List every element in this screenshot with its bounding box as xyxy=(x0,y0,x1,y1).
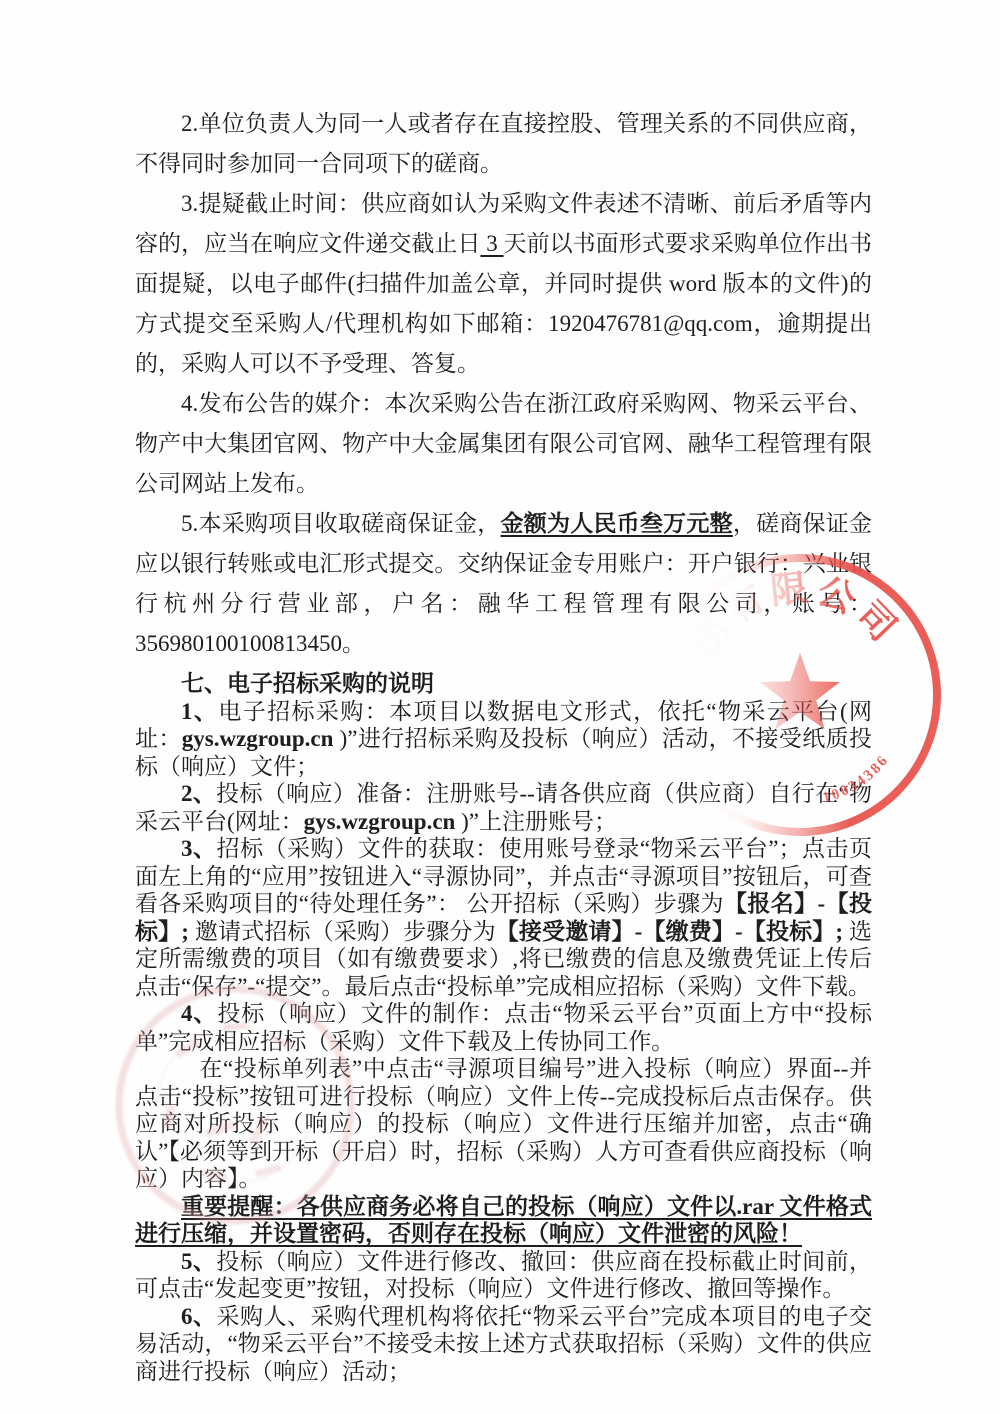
text-segment: 3 xyxy=(480,231,503,256)
item-3: 3、招标（采购）文件的获取：使用账号登录“物采云平台”；点击页面左上角的“应用”… xyxy=(135,835,872,1000)
text-segment: 5、 xyxy=(181,1249,216,1274)
clause-3: 3.提疑截止时间：供应商如认为采购文件表述不清晰、前后矛盾等内容的，应当在响应文… xyxy=(135,184,872,384)
text-segment: 邀请式招标（采购）步骤分为 xyxy=(189,919,496,944)
clause-4: 4.发布公告的媒介：本次采购公告在浙江政府采购网、物采云平台、物产中大集团官网、… xyxy=(135,384,872,504)
text-segment: )”上注册账号； xyxy=(455,809,617,834)
text-segment: 金额为人民币叁万元整 xyxy=(501,511,733,536)
section-7-heading: 七、电子招标采购的说明 xyxy=(135,670,872,698)
text-segment: 4.发布公告的媒介：本次采购公告在浙江政府采购网、物采云平台、物产中大集团官网、… xyxy=(135,391,872,496)
text-segment: 七、电子招标采购的说明 xyxy=(181,671,434,696)
item-4: 4、投标（响应）文件的制作：点击“物采云平台”页面上方中“投标单”完成相应招标（… xyxy=(135,1000,872,1055)
text-segment: 重要提醒：各供应商务必将自己的投标（响应）文件以.rar 文件格式进行压缩，并设… xyxy=(135,1194,872,1247)
item-5: 5、投标（响应）文件进行修改、撤回：供应商在投标截止时间前，可点击“发起变更”按… xyxy=(135,1248,872,1303)
text-segment: 在“投标单列表”中点击“寻源项目编号”进入投标（响应）界面--并点击“投标”按钮… xyxy=(135,1056,872,1191)
text-segment: 【接受邀请】-【缴费】-【投标】; xyxy=(496,919,843,944)
text-segment: 采购人、采购代理机构将依托“物采云平台”完成本项目的电子交易活动，“物采云平台”… xyxy=(135,1304,872,1384)
item-1: 1、电子招标采购：本项目以数据电文形式，依托“物采云平台(网址：gys.wzgr… xyxy=(135,698,872,781)
clause-2: 2.单位负责人为同一人或者存在直接控股、管理关系的不同供应商，不得同时参加同一合… xyxy=(135,104,872,184)
item-4-continued: 在“投标单列表”中点击“寻源项目编号”进入投标（响应）界面--并点击“投标”按钮… xyxy=(135,1055,872,1193)
text-segment: 4、 xyxy=(181,1001,217,1026)
text-segment: 投标（响应）文件的制作：点击“物采云平台”页面上方中“投标单”完成相应招标（采购… xyxy=(135,1001,872,1054)
document-body: 2.单位负责人为同一人或者存在直接控股、管理关系的不同供应商，不得同时参加同一合… xyxy=(135,104,872,1385)
text-segment: 5.本采购项目收取磋商保证金， xyxy=(181,511,501,536)
text-segment: 2.单位负责人为同一人或者存在直接控股、管理关系的不同供应商，不得同时参加同一合… xyxy=(135,111,872,176)
text-segment: 投标（响应）文件进行修改、撤回：供应商在投标截止时间前，可点击“发起变更”按钮，… xyxy=(135,1249,872,1302)
text-segment: gys.wzgroup.cn xyxy=(304,809,456,834)
item-6: 6、采购人、采购代理机构将依托“物采云平台”完成本项目的电子交易活动，“物采云平… xyxy=(135,1303,872,1386)
text-segment: 3、 xyxy=(181,836,217,861)
text-segment: gys.wzgroup.cn xyxy=(182,726,334,751)
text-segment: 2、 xyxy=(181,781,216,806)
clause-5: 5.本采购项目收取磋商保证金，金额为人民币叁万元整，磋商保证金应以银行转账或电汇… xyxy=(135,504,872,664)
important-reminder: 重要提醒：各供应商务必将自己的投标（响应）文件以.rar 文件格式进行压缩，并设… xyxy=(135,1193,872,1248)
item-2: 2、投标（响应）准备：注册账号--请各供应商（供应商）自行在“物采云平台(网址：… xyxy=(135,780,872,835)
scanned-document-page: 2.单位负责人为同一人或者存在直接控股、管理关系的不同供应商，不得同时参加同一合… xyxy=(0,0,1000,1414)
text-segment: 6、 xyxy=(181,1304,217,1329)
text-segment: 1、 xyxy=(181,699,218,724)
